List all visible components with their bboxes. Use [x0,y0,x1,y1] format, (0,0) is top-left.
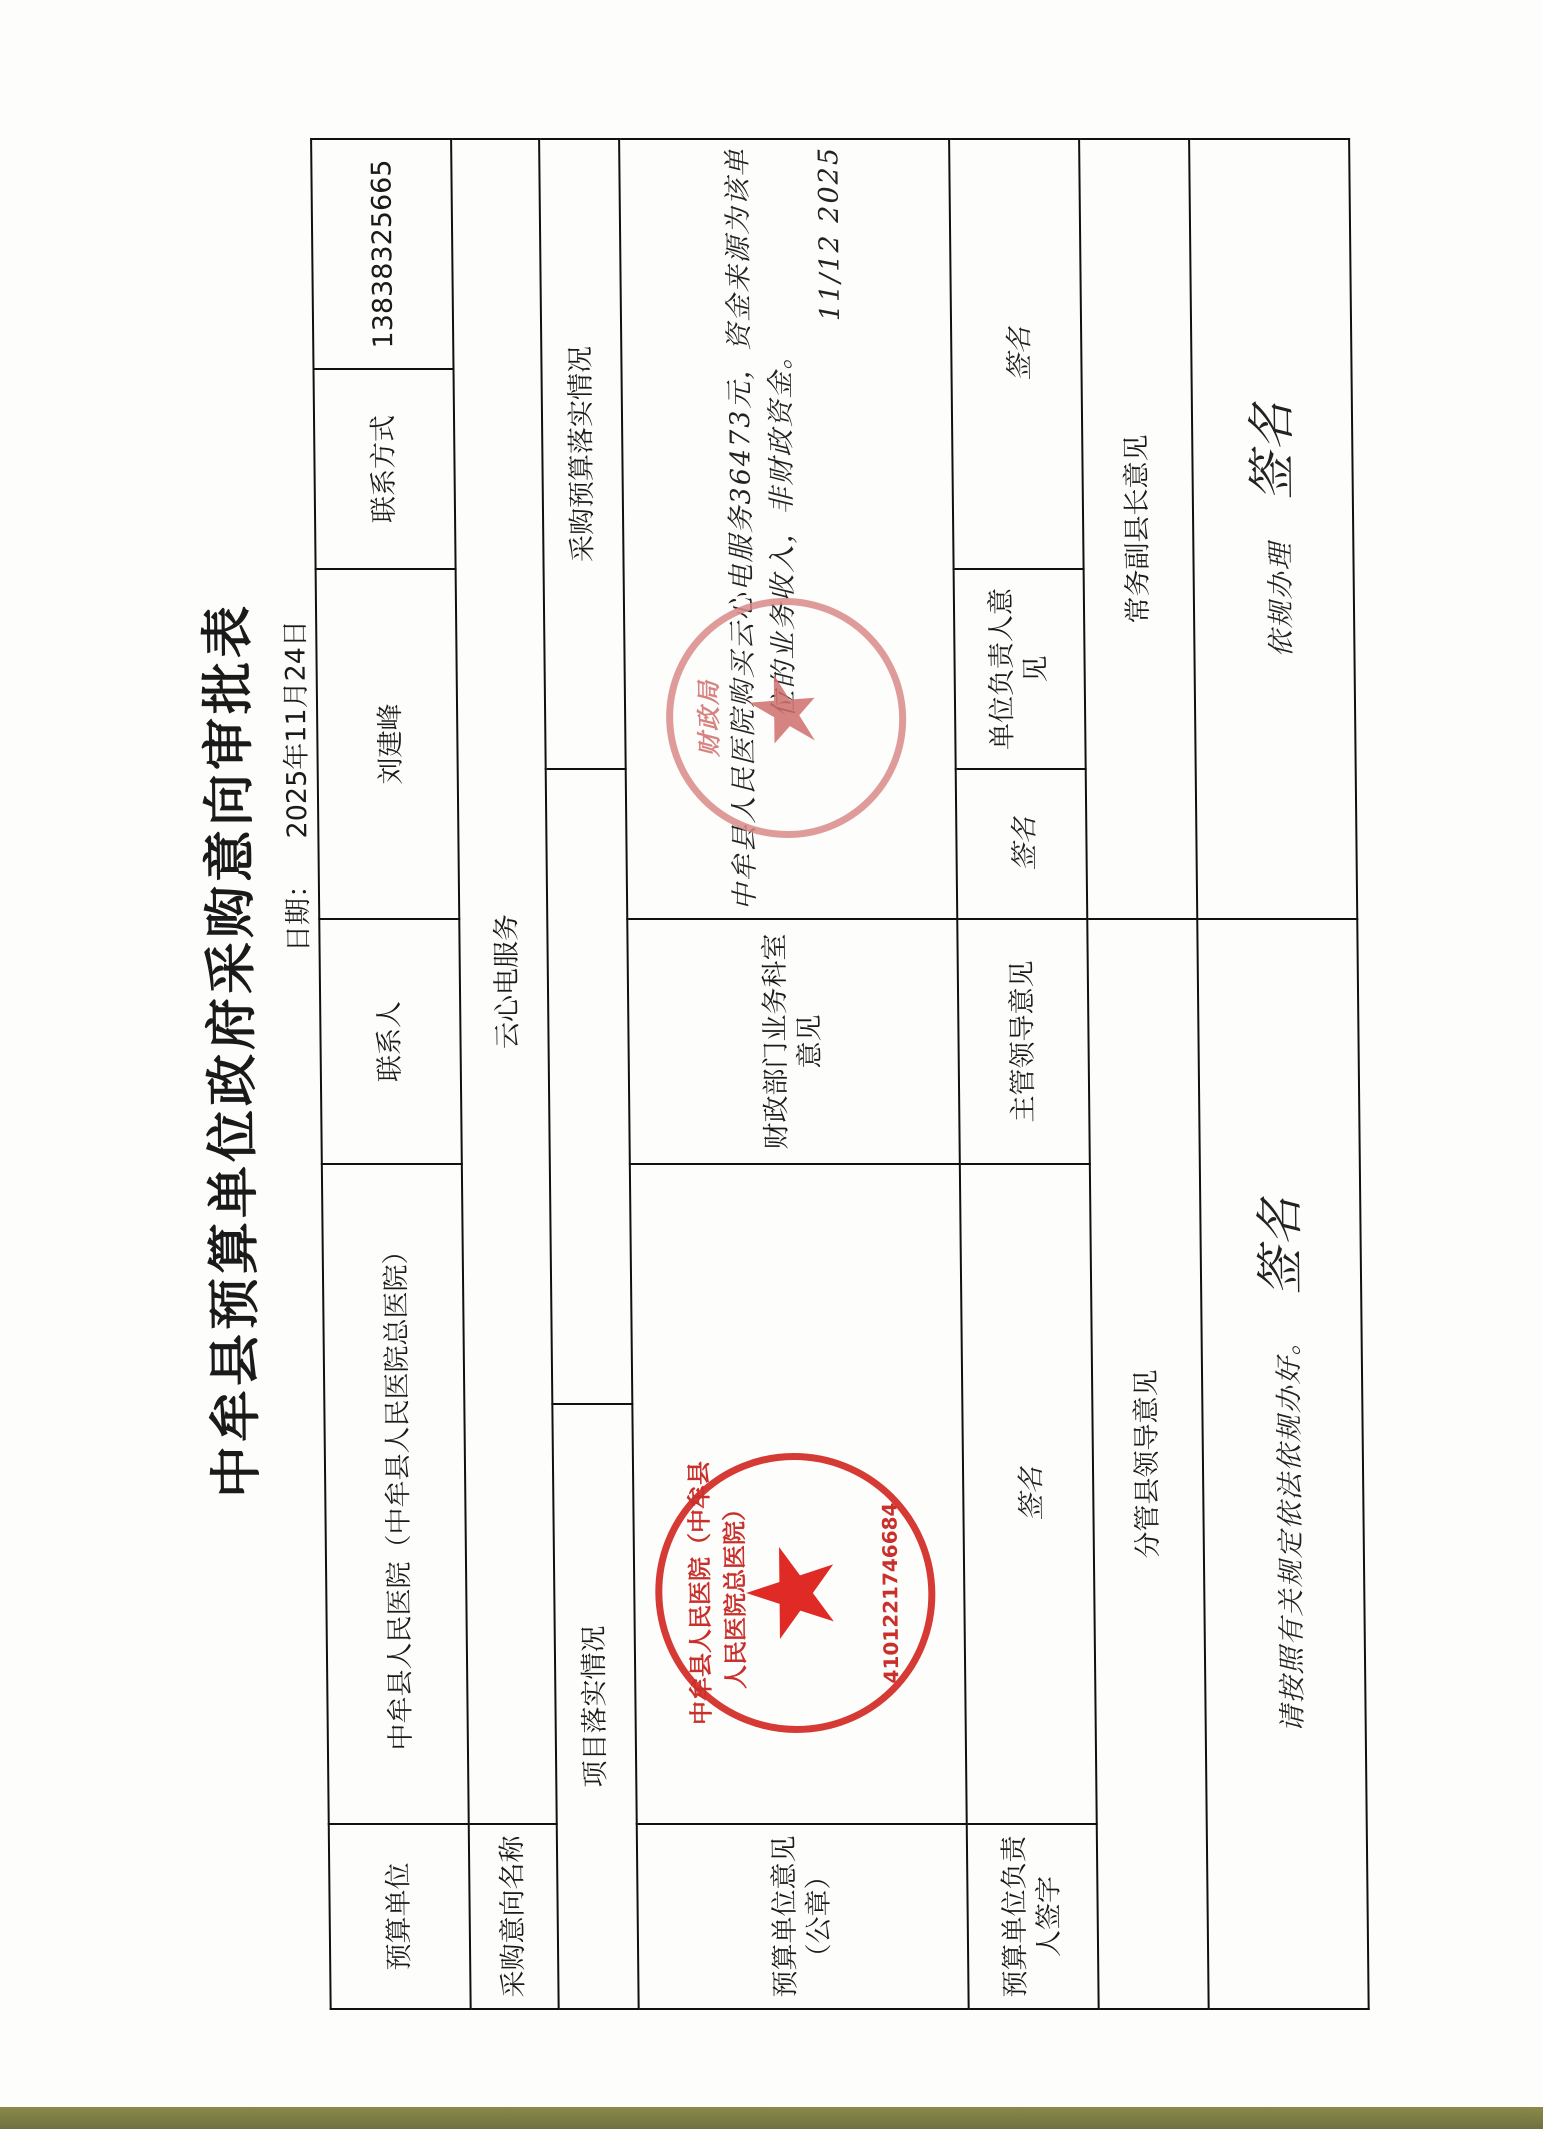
exec-vice-mayor-opinion-cell: 依规办理 签名 [1189,139,1357,919]
unit-head-sign-label: 预算单位负责人签字 [967,1824,1099,2009]
county-leader-signature: 签名 [1252,1196,1309,1296]
approval-form-sheet: 中牟县预算单位政府采购意向审批表 日期： 2025年11月24日 预算单位 中牟… [179,60,1430,2040]
county-leader-opinion-label: 分管县领导意见 [1087,919,1208,2009]
unit-opinion-stamp-cell: 中牟县人民医院（中牟县人民医院总医院） ★ 4101221746684 [630,1164,967,1824]
project-status-label: 项目落实情况 [552,1404,638,2009]
scanned-page: 中牟县预算单位政府采购意向审批表 日期： 2025年11月24日 预算单位 中牟… [0,0,1543,2110]
background-surface [0,2107,1543,2129]
contact-person-value: 刘建峰 [316,569,460,919]
intent-name-label: 采购意向名称 [469,1824,559,2009]
approval-table: 预算单位 中牟县人民医院（中牟县人民医院总医院） 联系人 刘建峰 联系方式 13… [310,138,1370,2010]
hospital-official-stamp: 中牟县人民医院（中牟县人民医院总医院） ★ 4101221746684 [654,1453,937,1733]
unit-opinion-label: 预算单位意见（公章） [637,1824,969,2009]
exec-vice-mayor-signature: 签名 [1244,401,1301,501]
exec-vice-mayor-opinion-label: 常务副县长意见 [1079,139,1197,919]
date-label: 日期： [283,871,315,952]
finance-opinion-cell: 中牟县人民医院购买云心电服务36473元，资金来源为该单位的业务收入，非财政资金… [619,139,957,919]
budget-unit-label: 预算单位 [329,1824,471,2009]
exec-vice-mayor-opinion-text: 依规办理 [1265,541,1297,657]
project-status-value [546,769,633,1404]
unit-leader-opinion-label: 单位负责人意见 [954,569,1086,769]
contact-phone-value: 13838325665 [311,139,453,369]
budget-unit-value: 中牟县人民医院（中牟县人民医院总医院） [322,1164,469,1824]
unit-leader-signature: 签名 [949,139,1084,569]
county-leader-opinion-cell: 请按照有关规定依法依规办好。 签名 [1197,919,1368,2009]
contact-person-label: 联系人 [319,919,462,1164]
finance-stamp-text: 财政局 [690,605,728,831]
unit-head-signature: 签名 [960,1164,1097,1824]
star-icon: ★ [739,677,830,760]
supervisor-opinion-label: 主管领导意见 [957,919,1090,1164]
county-leader-opinion-text: 请按照有关规定依法依规办好。 [1274,1326,1309,1732]
hospital-stamp-number: 4101221746684 [877,1460,904,1726]
star-icon: ★ [732,1539,853,1647]
budget-status-label: 采购预算落实情况 [539,139,626,769]
finance-bureau-stamp: 财政局 ★ [665,598,908,838]
date-value: 2025年11月24日 [280,620,313,838]
supervisor-signature: 签名 [956,769,1088,919]
contact-phone-label: 联系方式 [314,369,456,569]
date-line: 日期： 2025年11月24日 [273,620,315,952]
finance-opinion-label: 财政部门业务科室意见 [627,919,960,1164]
document-title: 中牟县预算单位政府采购意向审批表 [179,60,275,2040]
